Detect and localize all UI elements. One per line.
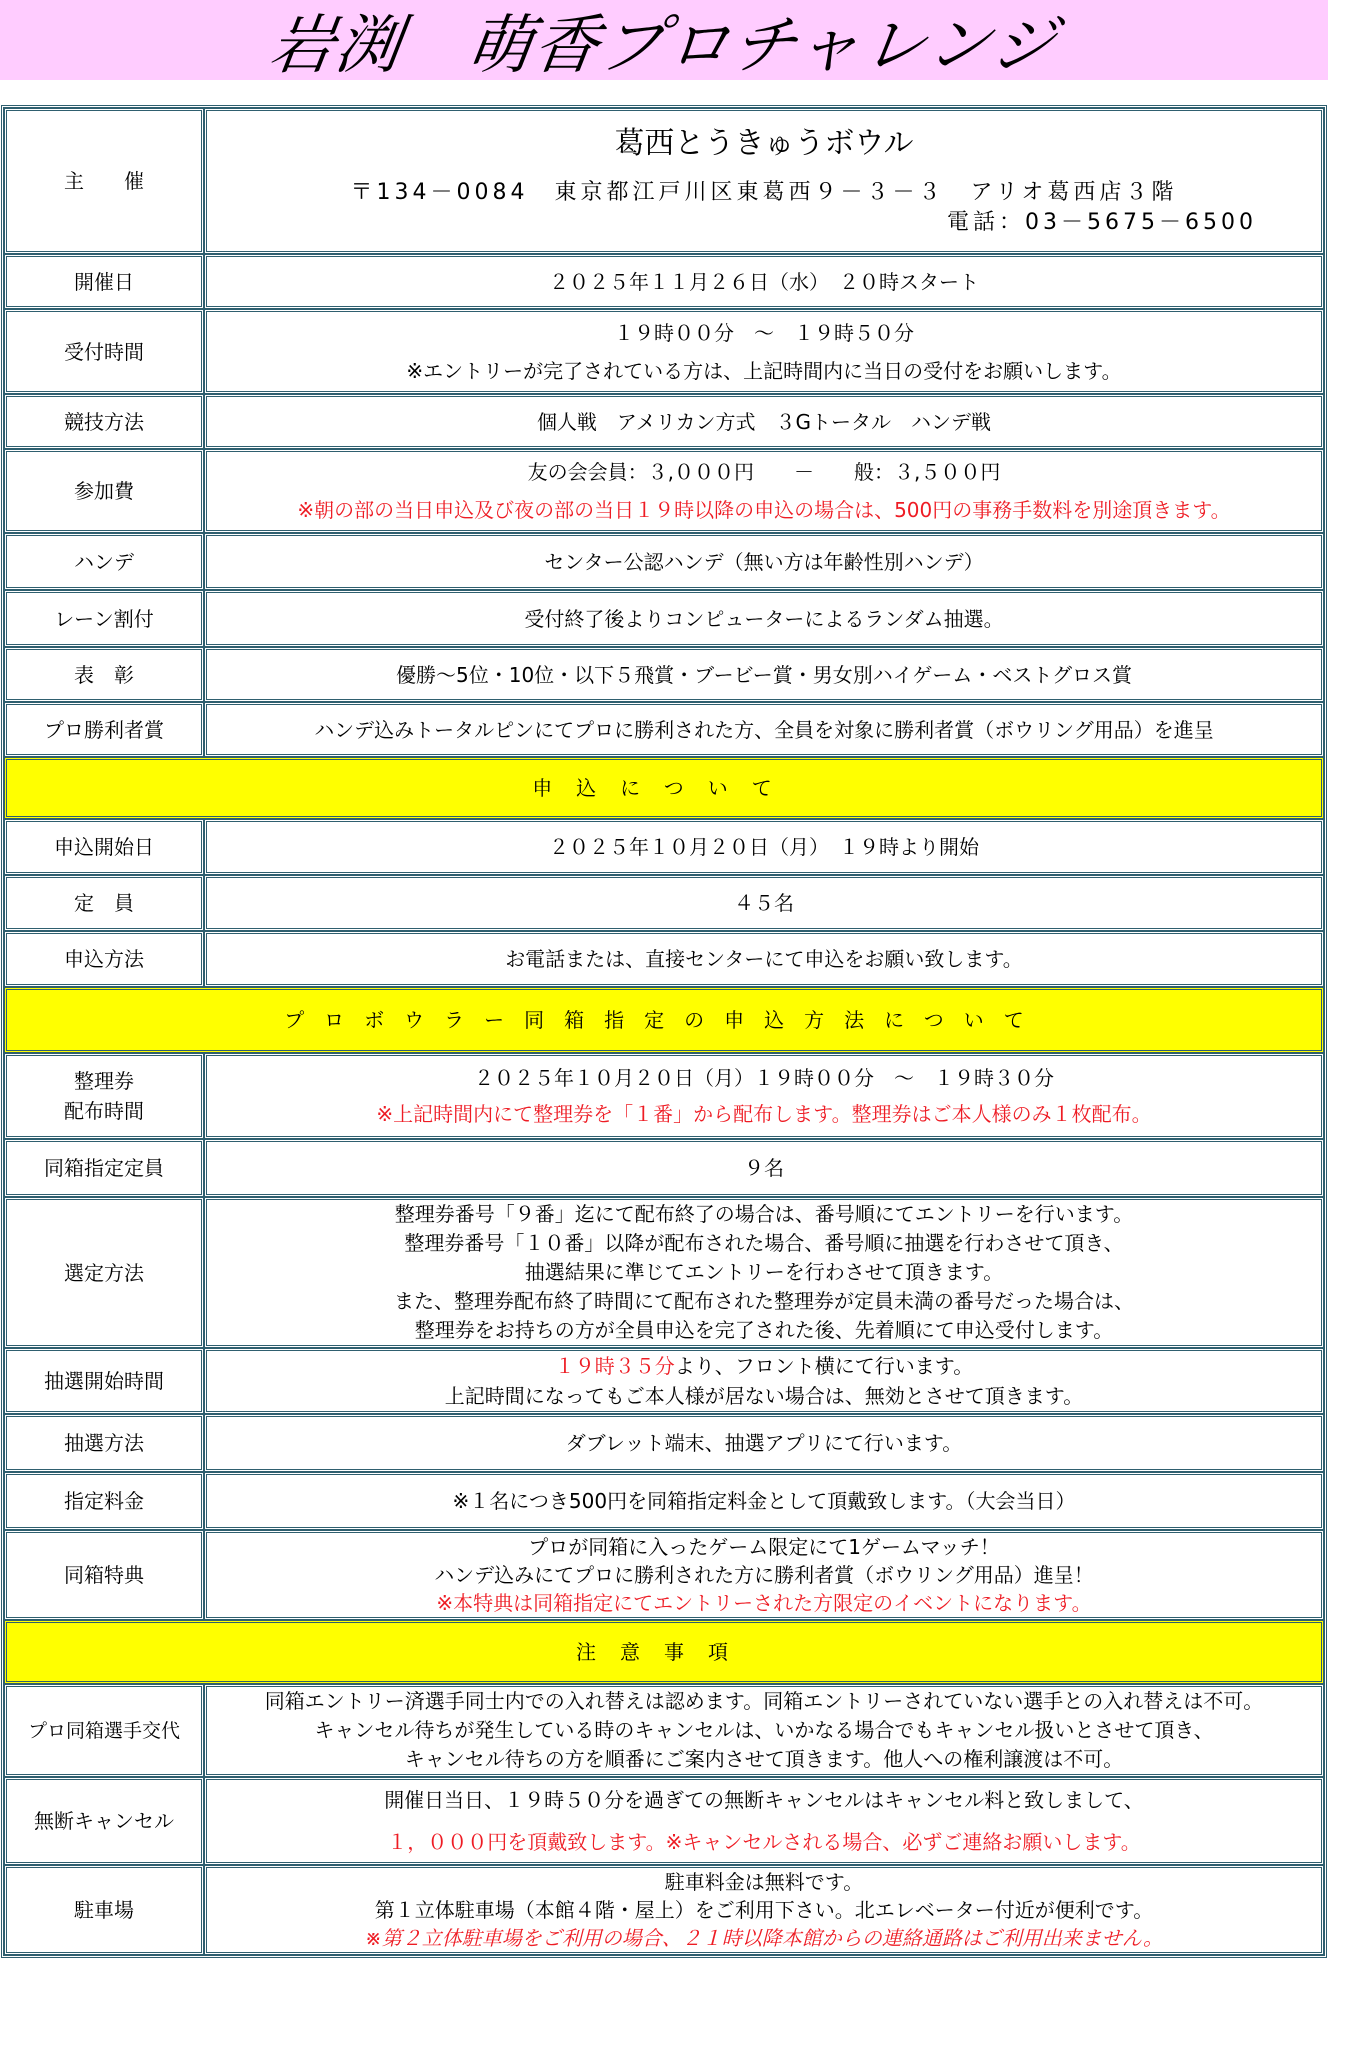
lottery-time-note: 上記時間になってもご本人様が居ない場合は、無効とさせて頂きます。 (211, 1381, 1317, 1411)
label-app-start: 申込開始日 (4, 819, 204, 875)
title-banner: 岩渕 萌香プロチャレンジ (0, 0, 1328, 80)
selection-line: 抽選結果に準じてエントリーを行わさせて頂きます。 (211, 1258, 1317, 1287)
benefit-note: ※本特典は同箱指定にてエントリーされた方限定のイベントになります。 (211, 1589, 1317, 1617)
row-format: 競技方法 個人戦 アメリカン方式 ３Gトータル ハンデ戦 (4, 394, 1324, 449)
label-pro-win: プロ勝利者賞 (4, 702, 204, 757)
section-title-notes: 注意事項 (4, 1620, 1324, 1684)
value-reception: １９時００分 ～ １９時５０分 ※エントリーが完了されている方は、上記時間内に当… (204, 309, 1324, 394)
value-app-start: ２０２５年１０月２０日（月） １９時より開始 (204, 819, 1324, 875)
value-lottery-method: ダブレット端末、抽選アプリにて行います。 (204, 1414, 1324, 1472)
value-benefit: プロが同箱に入ったゲーム限定にて1ゲームマッチ！ ハンデ込みにてプロに勝利された… (204, 1530, 1324, 1620)
value-parking: 駐車料金は無料です。 第１立体駐車場（本館４階・屋上）をご利用下さい。北エレベー… (204, 1865, 1324, 1955)
label-ticket-1: 整理券 (11, 1066, 197, 1096)
label-capacity: 定 員 (4, 875, 204, 931)
swap-line: キャンセル待ちの方を順番にご案内させて頂きます。他人への権利譲渡は不可。 (211, 1745, 1317, 1774)
value-box-fee: ※１名につき500円を同箱指定料金として頂戴致します。（大会当日） (204, 1472, 1324, 1530)
value-swap: 同箱エントリー済選手同士内での入れ替えは認めます。同箱エントリーされていない選手… (204, 1684, 1324, 1777)
value-lanes: 受付終了後よりコンピューターによるランダム抽選。 (204, 590, 1324, 647)
row-capacity: 定 員 ４５名 (4, 875, 1324, 931)
section-notes: 注意事項 (4, 1620, 1324, 1684)
lottery-time-highlight: １９時３５分 (555, 1354, 675, 1378)
ticket-time: ２０２５年１０月２０日（月）１９時００分 ～ １９時３０分 (211, 1063, 1317, 1093)
value-lottery-time: １９時３５分より、フロント横にて行います。 上記時間になってもご本人様が居ない場… (204, 1348, 1324, 1414)
row-box-fee: 指定料金 ※１名につき500円を同箱指定料金として頂戴致します。（大会当日） (4, 1472, 1324, 1530)
value-host: 葛西とうきゅうボウル 〒134－0084 東京都江戸川区東葛西９－３－３ アリオ… (204, 108, 1324, 254)
value-fee: 友の会会員：３,０００円 － 般：３,５００円 ※朝の部の当日申込及び夜の部の当… (204, 449, 1324, 533)
value-pro-win: ハンデ込みトータルピンにてプロに勝利された方、全員を対象に勝利者賞（ボウリング用… (204, 702, 1324, 757)
value-capacity: ４５名 (204, 875, 1324, 931)
swap-line: 同箱エントリー済選手同士内での入れ替えは認めます。同箱エントリーされていない選手… (211, 1687, 1317, 1716)
no-show-line: 開催日当日、１９時５０分を過ぎての無断キャンセルはキャンセル料と致しまして、 (211, 1785, 1317, 1815)
event-info-table: 主 催 葛西とうきゅうボウル 〒134－0084 東京都江戸川区東葛西９－３－３… (1, 105, 1327, 1958)
section-title-same-box: プロボウラー同箱指定の申込方法について (4, 987, 1324, 1053)
label-lottery-time: 抽選開始時間 (4, 1348, 204, 1414)
ticket-note: ※上記時間内にて整理券を「１番」から配布します。整理券はご本人様のみ１枚配布。 (211, 1099, 1317, 1129)
row-reception: 受付時間 １９時００分 ～ １９時５０分 ※エントリーが完了されている方は、上記… (4, 309, 1324, 394)
value-date: ２０２５年１１月２６日（水） ２０時スタート (204, 254, 1324, 309)
row-ticket: 整理券 配布時間 ２０２５年１０月２０日（月）１９時００分 ～ １９時３０分 ※… (4, 1053, 1324, 1139)
host-name: 葛西とうきゅうボウル (211, 124, 1317, 164)
section-application: 申込について (4, 757, 1324, 819)
label-date: 開催日 (4, 254, 204, 309)
host-address: 〒134－0084 東京都江戸川区東葛西９－３－３ アリオ葛西店３階 (211, 178, 1317, 208)
label-host: 主 催 (4, 108, 204, 254)
label-lottery-method: 抽選方法 (4, 1414, 204, 1472)
label-lanes: レーン割付 (4, 590, 204, 647)
label-format: 競技方法 (4, 394, 204, 449)
label-parking: 駐車場 (4, 1865, 204, 1955)
fee-note: ※朝の部の当日申込及び夜の部の当日１９時以降の申込の場合は、500円の事務手数料… (211, 495, 1317, 525)
value-box-capacity: ９名 (204, 1139, 1324, 1197)
row-box-capacity: 同箱指定定員 ９名 (4, 1139, 1324, 1197)
row-parking: 駐車場 駐車料金は無料です。 第１立体駐車場（本館４階・屋上）をご利用下さい。北… (4, 1865, 1324, 1955)
selection-line: 整理券をお持ちの方が全員申込を完了された後、先着順にて申込受付します。 (211, 1316, 1317, 1345)
parking-line-1: 駐車料金は無料です。 (211, 1868, 1317, 1896)
row-app-method: 申込方法 お電話または、直接センターにて申込をお願い致します。 (4, 931, 1324, 987)
value-no-show: 開催日当日、１９時５０分を過ぎての無断キャンセルはキャンセル料と致しまして、 １… (204, 1777, 1324, 1865)
benefit-line-2: ハンデ込みにてプロに勝利された方に勝利者賞（ボウリング用品）進呈！ (211, 1561, 1317, 1589)
row-app-start: 申込開始日 ２０２５年１０月２０日（月） １９時より開始 (4, 819, 1324, 875)
section-title-application: 申込について (4, 757, 1324, 819)
label-selection: 選定方法 (4, 1197, 204, 1348)
row-benefit: 同箱特典 プロが同箱に入ったゲーム限定にて1ゲームマッチ！ ハンデ込みにてプロに… (4, 1530, 1324, 1620)
swap-line: キャンセル待ちが発生している時のキャンセルは、いかなる場合でもキャンセル扱いとさ… (211, 1716, 1317, 1745)
reception-time: １９時００分 ～ １９時５０分 (211, 318, 1317, 348)
row-date: 開催日 ２０２５年１１月２６日（水） ２０時スタート (4, 254, 1324, 309)
row-fee: 参加費 友の会会員：３,０００円 － 般：３,５００円 ※朝の部の当日申込及び夜… (4, 449, 1324, 533)
row-lanes: レーン割付 受付終了後よりコンピューターによるランダム抽選。 (4, 590, 1324, 647)
selection-line: また、整理券配布終了時間にて配布された整理券が定員未満の番号だった場合は、 (211, 1287, 1317, 1316)
reception-note: ※エントリーが完了されている方は、上記時間内に当日の受付をお願いします。 (211, 356, 1317, 386)
row-no-show: 無断キャンセル 開催日当日、１９時５０分を過ぎての無断キャンセルはキャンセル料と… (4, 1777, 1324, 1865)
row-pro-win: プロ勝利者賞 ハンデ込みトータルピンにてプロに勝利された方、全員を対象に勝利者賞… (4, 702, 1324, 757)
label-ticket: 整理券 配布時間 (4, 1053, 204, 1139)
value-handicap: センター公認ハンデ（無い方は年齢性別ハンデ） (204, 533, 1324, 590)
row-swap: プロ同箱選手交代 同箱エントリー済選手同士内での入れ替えは認めます。同箱エントリ… (4, 1684, 1324, 1777)
section-same-box: プロボウラー同箱指定の申込方法について (4, 987, 1324, 1053)
label-handicap: ハンデ (4, 533, 204, 590)
selection-line: 整理券番号「１０番」以降が配布された場合、番号順に抽選を行わさせて頂き、 (211, 1229, 1317, 1258)
value-format: 個人戦 アメリカン方式 ３Gトータル ハンデ戦 (204, 394, 1324, 449)
label-ticket-2: 配布時間 (11, 1096, 197, 1126)
row-host: 主 催 葛西とうきゅうボウル 〒134－0084 東京都江戸川区東葛西９－３－３… (4, 108, 1324, 254)
benefit-line-1: プロが同箱に入ったゲーム限定にて1ゲームマッチ！ (211, 1533, 1317, 1561)
label-fee: 参加費 (4, 449, 204, 533)
fee-amount: 友の会会員：３,０００円 － 般：３,５００円 (211, 457, 1317, 487)
label-app-method: 申込方法 (4, 931, 204, 987)
label-no-show: 無断キャンセル (4, 1777, 204, 1865)
row-lottery-time: 抽選開始時間 １９時３５分より、フロント横にて行います。 上記時間になってもご本… (4, 1348, 1324, 1414)
value-awards: 優勝～5位・10位・以下５飛賞・ブービー賞・男女別ハイゲーム・ベストグロス賞 (204, 647, 1324, 702)
row-lottery-method: 抽選方法 ダブレット端末、抽選アプリにて行います。 (4, 1414, 1324, 1472)
label-awards: 表 彰 (4, 647, 204, 702)
lottery-time-rest: より、フロント横にて行います。 (675, 1354, 973, 1378)
label-reception: 受付時間 (4, 309, 204, 394)
label-swap: プロ同箱選手交代 (4, 1684, 204, 1777)
label-box-fee: 指定料金 (4, 1472, 204, 1530)
row-awards: 表 彰 優勝～5位・10位・以下５飛賞・ブービー賞・男女別ハイゲーム・ベストグロ… (4, 647, 1324, 702)
label-benefit: 同箱特典 (4, 1530, 204, 1620)
parking-note: ※第２立体駐車場をご利用の場合、２１時以降本館からの連絡通路はご利用出来ません。 (211, 1924, 1317, 1952)
row-handicap: ハンデ センター公認ハンデ（無い方は年齢性別ハンデ） (4, 533, 1324, 590)
label-box-capacity: 同箱指定定員 (4, 1139, 204, 1197)
value-app-method: お電話または、直接センターにて申込をお願い致します。 (204, 931, 1324, 987)
row-selection: 選定方法 整理券番号「９番」迄にて配布終了の場合は、番号順にてエントリーを行いま… (4, 1197, 1324, 1348)
page-title: 岩渕 萌香プロチャレンジ (264, 0, 1064, 86)
parking-line-2: 第１立体駐車場（本館４階・屋上）をご利用下さい。北エレベーター付近が便利です。 (211, 1896, 1317, 1924)
value-selection: 整理券番号「９番」迄にて配布終了の場合は、番号順にてエントリーを行います。 整理… (204, 1197, 1324, 1348)
selection-line: 整理券番号「９番」迄にて配布終了の場合は、番号順にてエントリーを行います。 (211, 1200, 1317, 1229)
host-phone: 電話：03－5675－6500 (211, 208, 1317, 238)
value-ticket: ２０２５年１０月２０日（月）１９時００分 ～ １９時３０分 ※上記時間内にて整理… (204, 1053, 1324, 1139)
no-show-note: １，０００円を頂戴致します。※キャンセルされる場合、必ずご連絡お願いします。 (211, 1827, 1317, 1857)
lottery-time-line: １９時３５分より、フロント横にて行います。 (211, 1351, 1317, 1381)
